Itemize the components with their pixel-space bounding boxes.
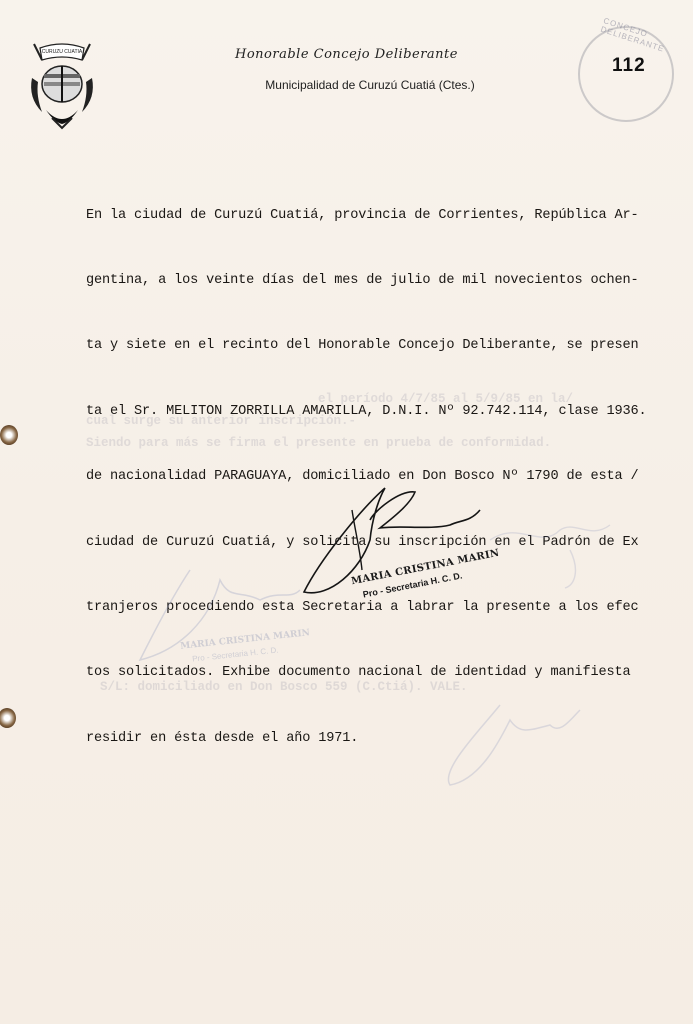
punch-hole bbox=[0, 425, 18, 445]
ghost-signature-icon bbox=[480, 500, 620, 590]
body-line: En la ciudad de Curuzú Cuatiá, provincia… bbox=[86, 205, 692, 227]
body-line: ta el Sr. MELITON ZORRILLA AMARILLA, D.N… bbox=[86, 401, 692, 423]
document-body: En la ciudad de Curuzú Cuatiá, provincia… bbox=[86, 161, 692, 793]
document-page: CURUZU CUATIA Honorable Concejo Delibera… bbox=[0, 0, 693, 1024]
punch-hole bbox=[0, 708, 16, 728]
body-line: ta y siete en el recinto del Honorable C… bbox=[86, 335, 692, 357]
ghost-signature-icon bbox=[420, 700, 590, 790]
body-line: residir en ésta desde el año 1971. bbox=[86, 728, 692, 750]
folio-number: 112 bbox=[612, 55, 646, 77]
signature-icon bbox=[290, 480, 490, 600]
body-line: gentina, a los veinte días del mes de ju… bbox=[86, 270, 692, 292]
